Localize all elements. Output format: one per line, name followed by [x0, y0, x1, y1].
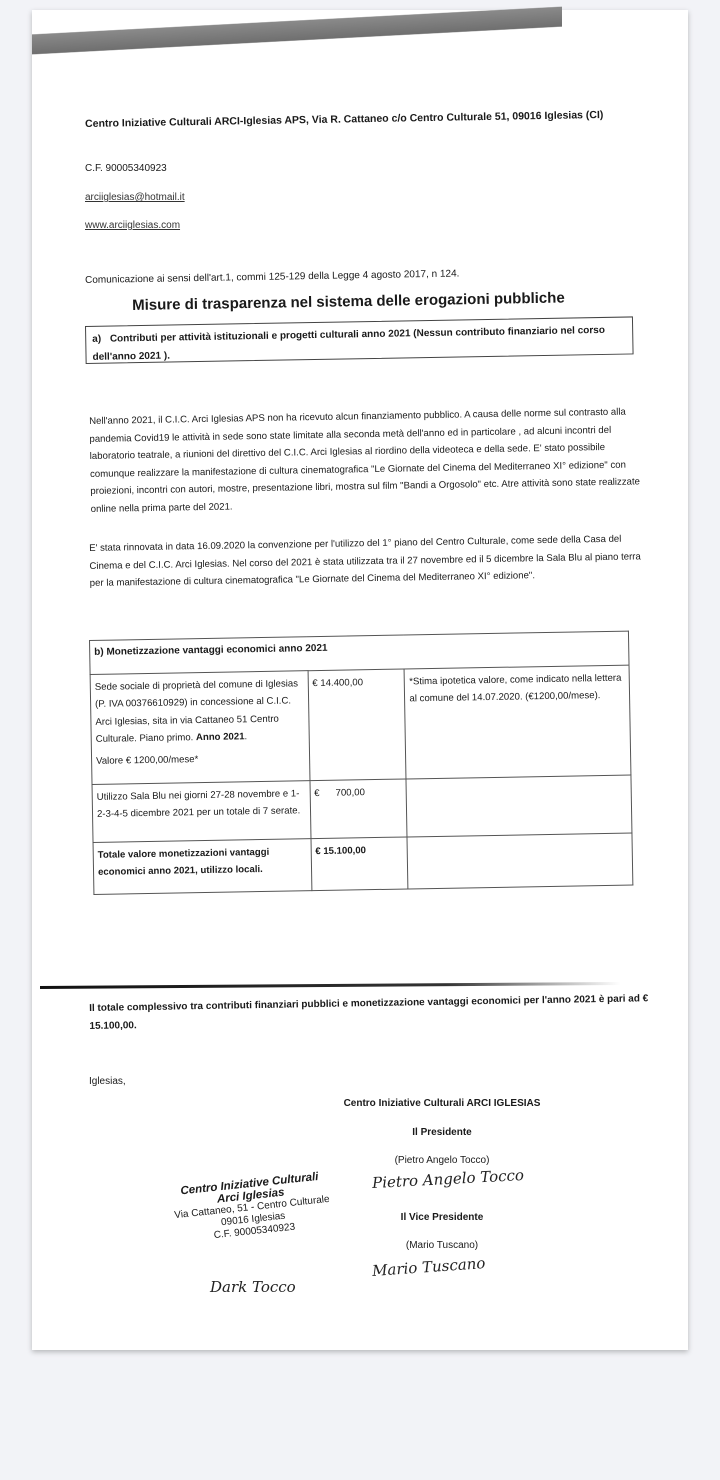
- row-note: Valore € 1200,00/mese*: [96, 749, 305, 770]
- total-remarks: [407, 833, 632, 889]
- paragraph-2: E' stata rinnovata in data 16.09.2020 la…: [89, 530, 650, 592]
- website-link[interactable]: www.arciiglesias.com: [85, 220, 180, 231]
- section-b-table: b) Monetizzazione vantaggi economici ann…: [89, 631, 633, 895]
- paragraph-1: Nell'anno 2021, il C.I.C. Arci Iglesias …: [89, 403, 651, 518]
- stamp-signature: Dark Tocco: [210, 1278, 296, 1296]
- scan-divider-line: [40, 982, 620, 989]
- president-name: (Pietro Angelo Tocco): [322, 1155, 562, 1166]
- vice-president-role: Il Vice Presidente: [322, 1212, 562, 1223]
- tax-code: C.F. 90005340923: [85, 163, 167, 174]
- row-remarks: *Stima ipotetica valore, come indicato n…: [404, 665, 630, 779]
- place-label: Iglesias,: [89, 1076, 126, 1087]
- row-amount: € 14.400,00: [308, 668, 407, 780]
- table-row: Utilizzo Sala Blu nei giorni 27-28 novem…: [92, 775, 632, 842]
- organization-stamp: Centro Iniziative Culturali Arci Iglesia…: [159, 1169, 344, 1247]
- summary-text: Il totale complessivo tra contributi fin…: [89, 990, 650, 1035]
- vice-president-signature: Mario Tuscano: [372, 1254, 486, 1280]
- total-description: Totale valore monetizzazioni vantaggi ec…: [93, 838, 311, 894]
- signature-org: Centro Iniziative Culturali ARCI IGLESIA…: [322, 1098, 562, 1109]
- president-signature: Pietro Angelo Tocco: [372, 1166, 525, 1192]
- total-amount: € 15.100,00: [311, 836, 409, 890]
- table-row: Sede sociale di proprietà del comune di …: [90, 665, 631, 784]
- vice-president-name: (Mario Tuscano): [322, 1240, 562, 1251]
- organization-header: Centro Iniziative Culturali ARCI-Iglesia…: [85, 108, 645, 130]
- document-title: Misure di trasparenza nel sistema delle …: [132, 289, 565, 314]
- row-amount: € 700,00: [310, 778, 408, 838]
- row-description: Utilizzo Sala Blu nei giorni 27-28 novem…: [92, 780, 311, 842]
- section-a-box: a) Contributi per attività istituzionali…: [85, 316, 634, 364]
- row-description: Sede sociale di proprietà del comune di …: [90, 670, 309, 784]
- communication-line: Comunicazione ai sensi dell'art.1, commi…: [85, 268, 460, 286]
- email-link[interactable]: arciiglesias@hotmail.it: [85, 192, 185, 203]
- section-a-text: Contributi per attività istituzionali e …: [92, 325, 605, 363]
- scan-shadow-artifact: [32, 0, 562, 62]
- document-page: Centro Iniziative Culturali ARCI-Iglesia…: [32, 10, 688, 1350]
- row-remarks: [406, 775, 632, 837]
- president-role: Il Presidente: [322, 1127, 562, 1138]
- section-a-label: a): [92, 334, 101, 345]
- table-total-row: Totale valore monetizzazioni vantaggi ec…: [93, 833, 633, 894]
